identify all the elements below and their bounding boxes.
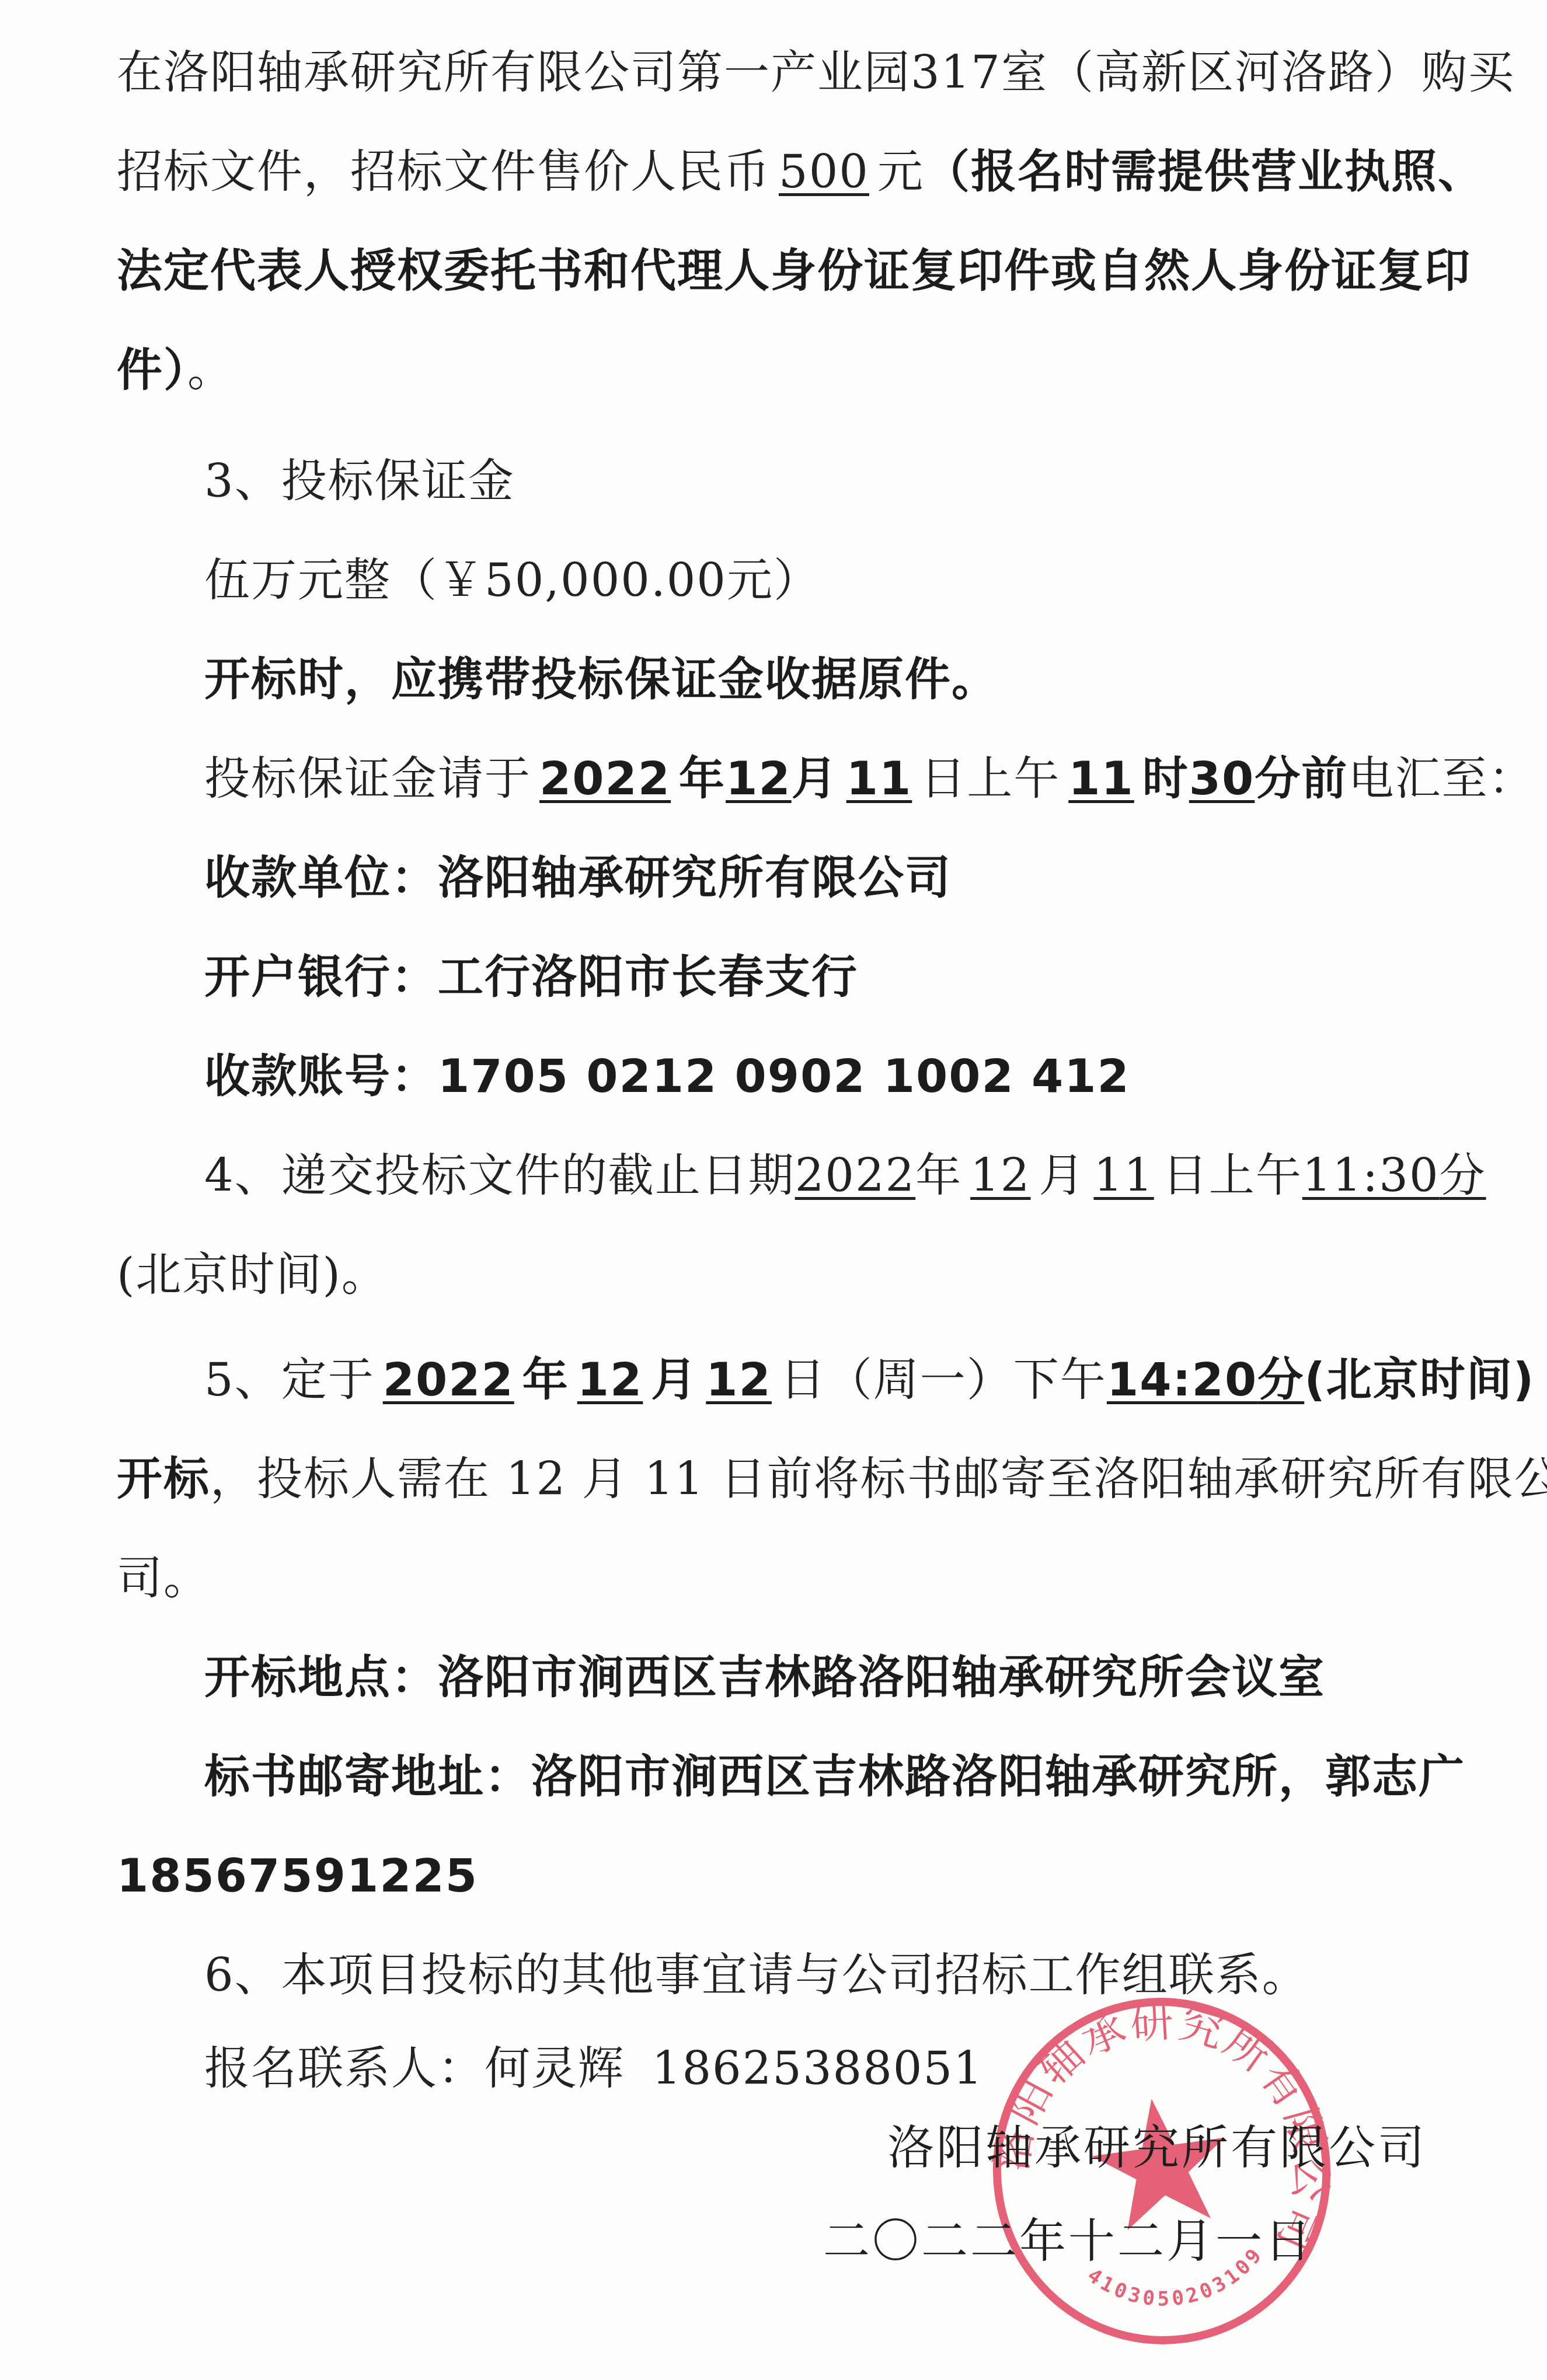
text: 6、本项目投标的其他事宜请与公司招标工作组联系。 [204,1949,1309,2002]
document-page: 在洛阳轴承研究所有限公司第一产业园317室（高新区河洛路）购买 招标文件，招标文… [0,0,1547,2380]
signature-company: 洛阳轴承研究所有限公司 [887,2119,1427,2177]
section4-line-2: (北京时间)。 [117,1246,388,1304]
text: ，投标人需在 12 月 11 日前将标书邮寄至洛阳轴承研究所有限公 [210,1453,1547,1506]
text: 年 [679,753,726,805]
purchase-line-1: 在洛阳轴承研究所有限公司第一产业园317室（高新区河洛路）购买 [117,44,1515,102]
requirement-text: （报名时需提供营业执照、 [924,146,1485,198]
contact-row: 报名联系人：何灵辉 18625388051 [204,2040,984,2098]
amount-text: 伍万元整（￥50,000.00元） [204,554,820,607]
text: 电汇至： [1348,753,1535,805]
submission-time: 11:30 [1302,1150,1440,1202]
submission-year: 2022 [795,1150,916,1202]
deadline-year: 2022 [531,753,679,805]
deadline-minute: 30 [1189,753,1255,805]
text: 分前 [1255,753,1348,805]
payee-label: 收款单位： [204,852,438,905]
mail-value: 洛阳市涧西区吉林路洛阳轴承研究所，郭志广 [531,1751,1465,1803]
heading-text: 3、投标保证金 [204,455,515,508]
venue-value: 洛阳市涧西区吉林路洛阳轴承研究所会议室 [438,1652,1325,1704]
phone-text: 18567591225 [117,1850,478,1903]
text: 日上午 [1162,1150,1302,1202]
text: 投标保证金请于 [204,753,531,805]
submission-day: 11 [1085,1150,1162,1202]
deadline-hour: 11 [1060,753,1142,805]
text: 招标文件，招标文件售价人民币 [117,146,771,198]
company-name: 洛阳轴承研究所有限公司 [887,2120,1427,2175]
text: 元 [877,146,924,198]
section5-line-2: 开标，投标人需在 12 月 11 日前将标书邮寄至洛阳轴承研究所有限公 [117,1450,1547,1509]
notice-text: 开标时，应携带投标保证金收据原件。 [204,654,998,706]
mail-phone: 18567591225 [117,1847,478,1906]
text: 日上午 [920,753,1060,805]
contact-label: 报名联系人： [204,2043,485,2095]
opening-day: 12 [698,1354,780,1407]
opening-time: 14:20 [1107,1354,1257,1407]
purchase-line-2: 招标文件，招标文件售价人民币500元（报名时需提供营业执照、 [117,143,1485,201]
text: 。 [187,344,234,397]
deadline-month: 12 [726,753,792,805]
section4-line-1: 4、递交投标文件的截止日期2022年12月11日上午11:30分 [204,1147,1486,1205]
text: 在洛阳轴承研究所有限公司第一产业园317室（高新区河洛路）购买 [117,47,1515,99]
text: 分 [1440,1150,1486,1202]
text: 月 [1039,1150,1085,1202]
price-value: 500 [771,146,877,198]
deposit-notice: 开标时，应携带投标保证金收据原件。 [204,651,998,709]
opening-month: 12 [569,1354,651,1407]
date-text: 二〇二二年十二月一日 [823,2214,1313,2268]
bank-row: 开户银行：工行洛阳市长春支行 [204,948,858,1007]
section5-line-3: 司。 [117,1550,210,1608]
text: (北京时间)。 [117,1249,388,1301]
deadline-day: 11 [838,753,921,805]
text: 月 [651,1354,698,1407]
text: 5、定于 [204,1354,375,1407]
text: 年 [522,1354,569,1407]
submission-month: 12 [962,1150,1039,1202]
purchase-line-3: 法定代表人授权委托书和代理人身份证复印件或自然人身份证复印 [117,242,1471,301]
requirement-text: 件） [117,344,187,397]
account-row: 收款账号：1705 0212 0902 1002 412 [204,1048,1130,1106]
venue-row: 开标地点：洛阳市涧西区吉林路洛阳轴承研究所会议室 [204,1649,1325,1707]
purchase-line-4: 件）。 [117,341,234,400]
opening-year: 2022 [375,1354,522,1407]
text: 司。 [117,1552,210,1605]
account-label: 收款账号： [204,1051,438,1103]
text: 开标 [117,1453,210,1506]
payee-row: 收款单位：洛阳轴承研究所有限公司 [204,849,952,908]
deposit-deadline: 投标保证金请于2022年12月11日上午11时30分前电汇至： [204,750,1535,808]
bank-label: 开户银行： [204,951,438,1004]
text: 4、递交投标文件的截止日期 [204,1150,795,1202]
section6-text: 6、本项目投标的其他事宜请与公司招标工作组联系。 [204,1946,1309,2005]
section3-heading: 3、投标保证金 [204,452,515,511]
mail-label: 标书邮寄地址： [204,1751,531,1803]
text: 年 [915,1150,962,1202]
text: 时 [1142,753,1189,805]
mail-address-row: 标书邮寄地址：洛阳市涧西区吉林路洛阳轴承研究所，郭志广 [204,1748,1465,1806]
text: 分 [1257,1354,1304,1407]
text: 月 [792,753,838,805]
payee-value: 洛阳轴承研究所有限公司 [438,852,952,905]
requirement-text: 法定代表人授权委托书和代理人身份证复印件或自然人身份证复印 [117,245,1471,298]
account-value: 1705 0212 0902 1002 412 [438,1051,1130,1103]
contact-phone: 18625388051 [652,2043,984,2095]
contact-name: 何灵辉 [485,2043,625,2095]
text: 日（周一）下午 [780,1354,1107,1407]
deposit-amount: 伍万元整（￥50,000.00元） [204,552,820,610]
signature-date: 二〇二二年十二月一日 [823,2212,1313,2270]
venue-label: 开标地点： [204,1652,438,1704]
section5-line-1: 5、定于2022年12月12日（周一）下午14:20分(北京时间) [204,1351,1535,1409]
timezone-text: (北京时间) [1304,1354,1535,1407]
bank-value: 工行洛阳市长春支行 [438,951,858,1004]
